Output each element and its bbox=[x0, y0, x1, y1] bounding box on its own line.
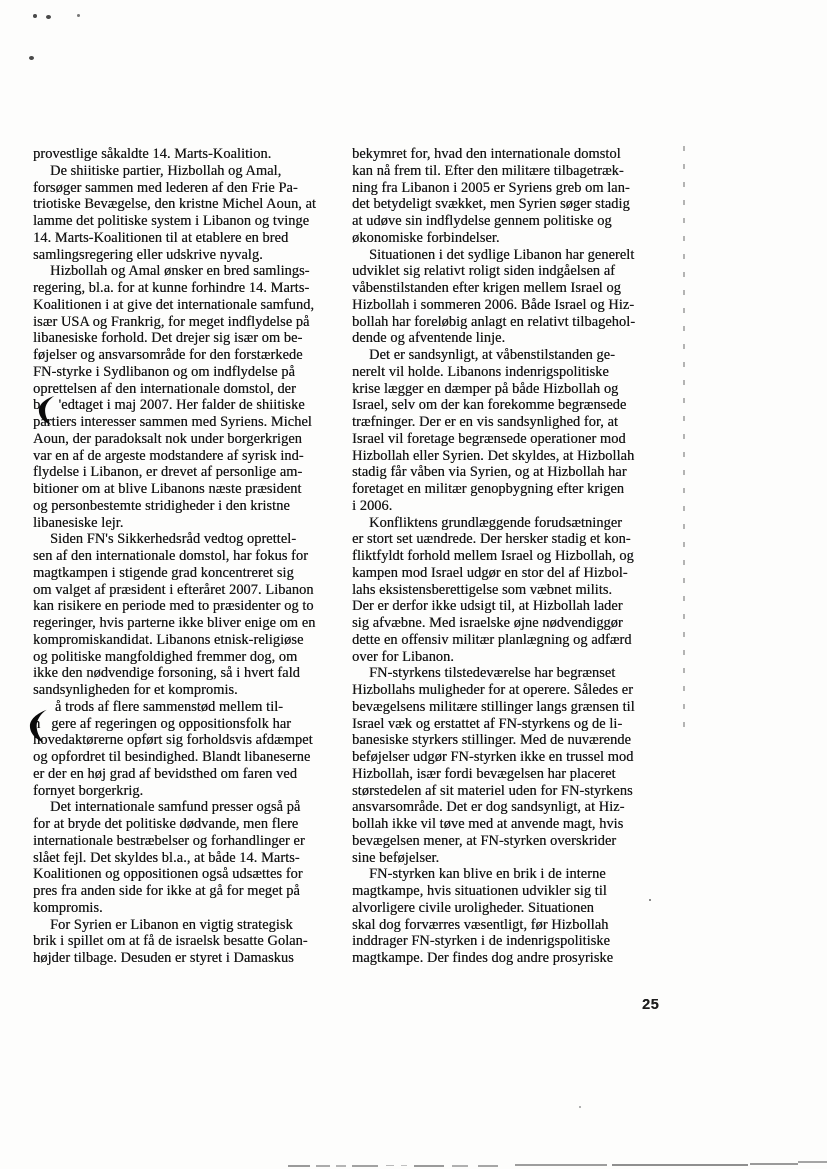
text-line: libanesiske lejr. bbox=[33, 515, 347, 532]
text-line: det betydeligt svækket, men Syrien søger… bbox=[352, 196, 666, 213]
text-line: Hizbollah, især fordi bevægelsen har pla… bbox=[352, 766, 666, 783]
ink-blot-crescent-icon bbox=[37, 395, 59, 426]
text-line: er stort set uændrede. Der hersker stadi… bbox=[352, 531, 666, 548]
text-line: sig afvæbne. Med israelske øjne nødvendi… bbox=[352, 615, 666, 632]
scan-speck bbox=[46, 15, 51, 19]
text-line: Hizbollah i sommeren 2006. Både Israel o… bbox=[352, 297, 666, 314]
text-line: Siden FN's Sikkerhedsråd vedtog oprettel… bbox=[33, 531, 347, 548]
text-line: ikke den nødvendige forsoning, så i hver… bbox=[33, 665, 347, 682]
text-line: Hizbollah eller Syrien. Det skyldes, at … bbox=[352, 448, 666, 465]
text-line: Det er sandsynligt, at våbenstilstanden … bbox=[352, 347, 666, 364]
text-line: foretaget en militær genopbygning efter … bbox=[352, 481, 666, 498]
text-line: for at bryde det politiske dødvande, men… bbox=[33, 816, 347, 833]
text-line: Der er derfor ikke udsigt til, at Hizbol… bbox=[352, 598, 666, 615]
text-line: bollah har foreløbig anlagt en relativt … bbox=[352, 314, 666, 331]
text-line: bekymret for, hvad den internationale do… bbox=[352, 146, 666, 163]
text-line: dette en offensiv militær planlægning og… bbox=[352, 632, 666, 649]
text-line: Koalitionen i at give det internationale… bbox=[33, 297, 347, 314]
ink-blot-crescent-icon bbox=[28, 708, 51, 744]
text-line: ning fra Libanon i 2005 er Syriens greb … bbox=[352, 180, 666, 197]
text-line: fliktfyldt forhold mellem Israel og Hizb… bbox=[352, 548, 666, 565]
text-line: magtkampe, hvis situationen udvikler sig… bbox=[352, 883, 666, 900]
text-line: provestlige såkaldte 14. Marts-Koalition… bbox=[33, 146, 347, 163]
text-line: var en af de argeste modstandere af syri… bbox=[33, 448, 347, 465]
text-line: Det internationale samfund presser også … bbox=[33, 799, 347, 816]
text-line: størstedelen af sit materiel uden for FN… bbox=[352, 783, 666, 800]
page-number: 25 bbox=[642, 997, 659, 1013]
text-line: b 'edtaget i maj 2007. Her falder de shi… bbox=[33, 397, 347, 414]
text-line: pres fra anden side for ikke at gå for m… bbox=[33, 883, 347, 900]
text-line: internationale bestræbelser og forhandli… bbox=[33, 833, 347, 850]
text-line: og opfordret til besindighed. Blandt lib… bbox=[33, 749, 347, 766]
text-line: sandsynligheden for et kompromis. bbox=[33, 682, 347, 699]
text-line: i 2006. bbox=[352, 498, 666, 515]
text-line: Israel, selv om der kan forekomme begræn… bbox=[352, 397, 666, 414]
scan-speck bbox=[649, 899, 651, 901]
scanned-document-page: provestlige såkaldte 14. Marts-Koalition… bbox=[0, 0, 827, 1169]
text-line: Hizbollah og Amal ønsker en bred samling… bbox=[33, 263, 347, 280]
text-line: forsøger sammen med lederen af den Frie … bbox=[33, 180, 347, 197]
text-column-left: provestlige såkaldte 14. Marts-Koalition… bbox=[33, 146, 347, 967]
text-line: For Syrien er Libanon en vigtig strategi… bbox=[33, 917, 347, 934]
text-line: 14. Marts-Koalitionen til at etablere en… bbox=[33, 230, 347, 247]
scan-speck bbox=[33, 14, 37, 18]
text-line: oprettelsen af den internationale domsto… bbox=[33, 381, 347, 398]
text-line: banesiske styrkers stillinger. Med de nu… bbox=[352, 732, 666, 749]
text-line: kampen mod Israel udgør en stor del af H… bbox=[352, 565, 666, 582]
text-line: alvorligere civile uroligheder. Situatio… bbox=[352, 900, 666, 917]
text-line: udviklet sig relativt roligt siden indgå… bbox=[352, 263, 666, 280]
text-line: fornyet borgerkrig. bbox=[33, 783, 347, 800]
text-line: bevægelsens militære stillinger langs gr… bbox=[352, 699, 666, 716]
text-line: magtkampe. Der findes dog andre prosyris… bbox=[352, 950, 666, 967]
text-line: er der en høj grad af bevidsthed om fare… bbox=[33, 766, 347, 783]
text-column-right: bekymret for, hvad den internationale do… bbox=[352, 146, 666, 967]
text-line: h gere af regeringen og oppositionsfolk … bbox=[33, 716, 347, 733]
text-line: triotiske Bevægelse, den kristne Michel … bbox=[33, 196, 347, 213]
text-line: skal dog forværres væsentligt, før Hizbo… bbox=[352, 917, 666, 934]
text-line: kan nå frem til. Efter den militære tilb… bbox=[352, 163, 666, 180]
text-line: føjelser og ansvarsområde for den forstæ… bbox=[33, 347, 347, 364]
text-line: slået fejl. Det skyldes bl.a., at både 1… bbox=[33, 850, 347, 867]
text-line: brik i spillet om at få de israelsk besa… bbox=[33, 933, 347, 950]
scan-speck bbox=[579, 1106, 581, 1108]
text-line: FN-styrkens tilstedeværelse har begrænse… bbox=[352, 665, 666, 682]
text-line: nerelt vil holde. Libanons indenrigspoli… bbox=[352, 364, 666, 381]
text-line: lahs eksistensberettigelse som væbnet mi… bbox=[352, 582, 666, 599]
text-line: inddrager FN-styrken i de indenrigspolit… bbox=[352, 933, 666, 950]
text-line: Koalitionen og oppositionen også udsætte… bbox=[33, 866, 347, 883]
text-line: flydelse i Libanon, er drevet af personl… bbox=[33, 464, 347, 481]
text-line: om valget af præsident i efteråret 2007.… bbox=[33, 582, 347, 599]
text-line: FN-styrken kan blive en brik i de intern… bbox=[352, 866, 666, 883]
text-line: bitioner om at blive Libanons næste præs… bbox=[33, 481, 347, 498]
text-line: Aoun, der paradoksalt nok under borgerkr… bbox=[33, 431, 347, 448]
text-line: partiers interesser sammen med Syriens. … bbox=[33, 414, 347, 431]
text-line: magtkampen i stigende grad koncentreret … bbox=[33, 565, 347, 582]
text-line: Konfliktens grundlæggende forudsætninger bbox=[352, 515, 666, 532]
text-line: Hizbollahs muligheder for at operere. Så… bbox=[352, 682, 666, 699]
text-line: og politiske mangfoldighed fremmer dog, … bbox=[33, 649, 347, 666]
text-line: våbenstilstanden efter krigen mellem Isr… bbox=[352, 280, 666, 297]
text-line: samlingsregering eller udskrive nyvalg. bbox=[33, 247, 347, 264]
text-line: sen af den internationale domstol, har f… bbox=[33, 548, 347, 565]
text-line: Israel vil foretage begrænsede operation… bbox=[352, 431, 666, 448]
text-line: regeringer, hvis parterne ikke bliver en… bbox=[33, 615, 347, 632]
text-line: lamme det politiske system i Libanon og … bbox=[33, 213, 347, 230]
text-line: FN-styrke i Sydlibanon og om indflydelse… bbox=[33, 364, 347, 381]
scan-fold-dashed-line bbox=[683, 146, 685, 730]
text-line: at udøve sin indflydelse gennem politisk… bbox=[352, 213, 666, 230]
text-line: ansvarsområde. Det er dog sandsynligt, a… bbox=[352, 799, 666, 816]
text-line: kompromiskandidat. Libanons etnisk-relig… bbox=[33, 632, 347, 649]
text-line: og personbestemte stridigheder i den kri… bbox=[33, 498, 347, 515]
text-line: især USA og Frankrig, for meget indflyde… bbox=[33, 314, 347, 331]
text-line: Situationen i det sydlige Libanon har ge… bbox=[352, 247, 666, 264]
text-line: hovedaktørerne opført sig forholdsvis af… bbox=[33, 732, 347, 749]
text-line: De shiitiske partier, Hizbollah og Amal, bbox=[33, 163, 347, 180]
text-line: højder tilbage. Desuden er styret i Dama… bbox=[33, 950, 347, 967]
text-line: økonomiske forbindelser. bbox=[352, 230, 666, 247]
text-line: over for Libanon. bbox=[352, 649, 666, 666]
scan-speck bbox=[29, 56, 34, 60]
text-line: dende og afventende linje. bbox=[352, 330, 666, 347]
text-line: krise lægger en dæmper på både Hizbollah… bbox=[352, 381, 666, 398]
text-line: å trods af flere sammenstød mellem til- bbox=[33, 699, 347, 716]
text-line: libanesiske forhold. Det drejer sig især… bbox=[33, 330, 347, 347]
text-line: Israel væk og erstattet af FN-styrkens o… bbox=[352, 716, 666, 733]
text-line: bevægelsen mener, at FN-styrken overskri… bbox=[352, 833, 666, 850]
text-line: sine beføjelser. bbox=[352, 850, 666, 867]
text-line: kan risikere en periode med to præsident… bbox=[33, 598, 347, 615]
scan-speck bbox=[77, 14, 80, 17]
text-line: kompromis. bbox=[33, 900, 347, 917]
text-line: bollah ikke vil tøve med at anvende magt… bbox=[352, 816, 666, 833]
text-line: stadig får våben via Syrien, og at Hizbo… bbox=[352, 464, 666, 481]
text-line: beføjelser udgør FN-styrken ikke en trus… bbox=[352, 749, 666, 766]
text-line: regering, bl.a. for at kunne forhindre 1… bbox=[33, 280, 347, 297]
text-line: træfninger. Der er en vis sandsynlighed … bbox=[352, 414, 666, 431]
